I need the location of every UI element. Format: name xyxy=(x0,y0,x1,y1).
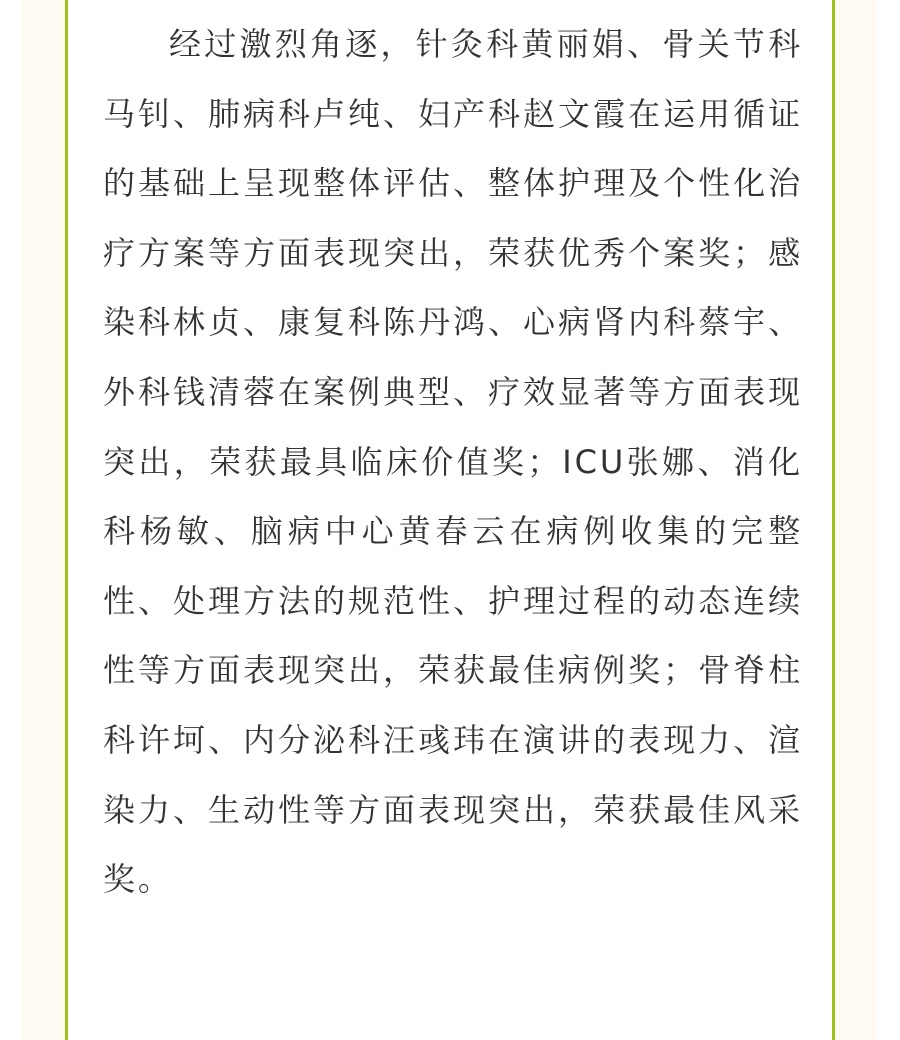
left-side-panel xyxy=(22,0,66,1040)
article-paragraph: 经过激烈角逐，针灸科黄丽娟、骨关节科马钊、肺病科卢纯、妇产科赵文霞在运用循证的基… xyxy=(103,10,803,915)
right-side-panel xyxy=(835,0,877,1040)
article-content: 经过激烈角逐，针灸科黄丽娟、骨关节科马钊、肺病科卢纯、妇产科赵文霞在运用循证的基… xyxy=(68,0,832,1040)
